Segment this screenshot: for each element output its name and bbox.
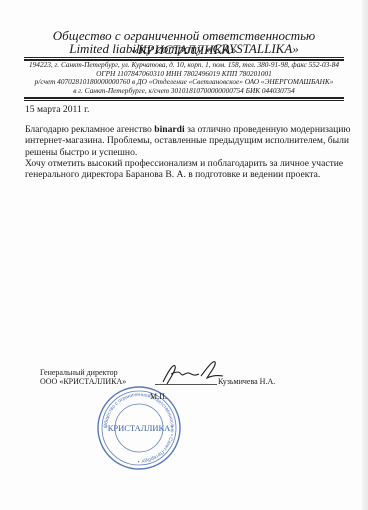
company-name-en: Limited liability company «CRYSTALLIKA» <box>0 42 368 56</box>
body-line-1: Благодарю рекламное агенство binardi за … <box>25 124 355 135</box>
body-line-1-pre: Благодарю рекламное агенство <box>25 124 154 135</box>
body-line-4: Хочу отметить высокий профессионализм и … <box>25 158 355 169</box>
letter-page: Общество с ограниченной ответственностью… <box>0 0 362 510</box>
body-line-2: интернет-магазина. Проблемы, оставленные… <box>25 135 355 146</box>
page-edge-shadow <box>362 0 368 510</box>
info-rule-thick <box>24 97 344 99</box>
body-line-5: генерального директора Баранова В. А. в … <box>25 169 355 180</box>
body-paragraph: Благодарю рекламное агенство binardi за … <box>25 124 355 180</box>
body-line-3: решены быстро и успешно. <box>25 147 355 158</box>
bank-details-2: в г. Санкт-Петербурге, к/счет 3010181070… <box>0 87 368 96</box>
seal-label: М.П. <box>150 392 167 402</box>
company-name-en-text: Limited liability company «CRYSTALLIKA» <box>69 41 299 56</box>
info-rule-thin <box>24 100 344 101</box>
agency-name: binardi <box>154 124 184 135</box>
company-stamp-icon: Общество с ограниченной ответственностью… <box>95 384 183 472</box>
svg-text:"КРИСТАЛЛИКА": "КРИСТАЛЛИКА" <box>104 423 174 433</box>
letter-date: 15 марта 2011 г. <box>25 104 355 115</box>
body-line-1-post: за отлично проведенную модернизацию <box>185 124 351 135</box>
header-rule-thin <box>24 57 344 58</box>
handwritten-signature-icon <box>155 360 235 386</box>
